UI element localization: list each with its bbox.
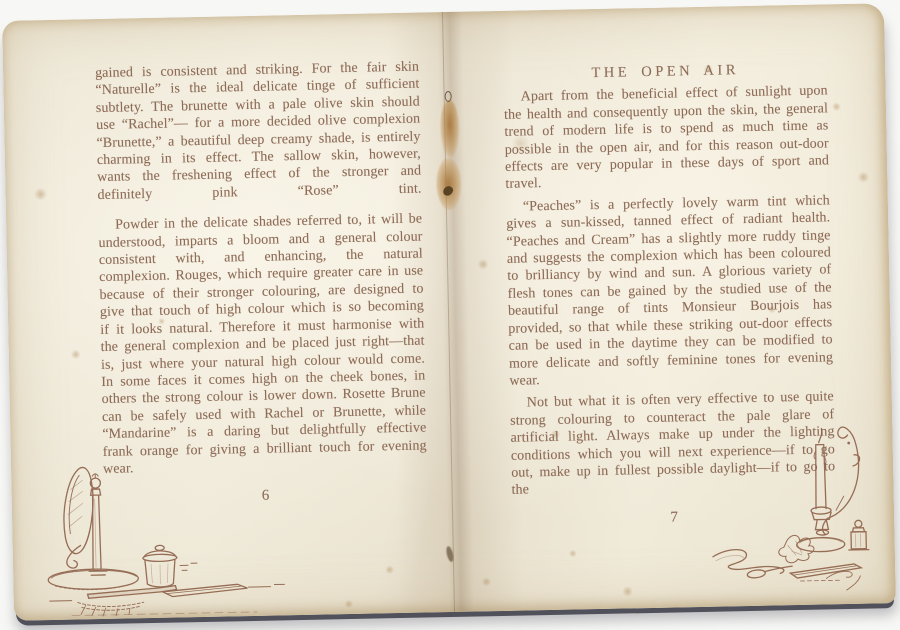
foxing-spot	[33, 188, 47, 200]
body-paragraph: Apart from the beneficial effect of sunl…	[504, 83, 830, 194]
body-paragraph: Powder in the delicate shades referred t…	[98, 211, 427, 479]
foxing-spot	[569, 549, 577, 557]
candlestick-illustration	[705, 413, 879, 601]
foxing-spot	[385, 565, 394, 574]
body-paragraph: gained is consistent and striking. For t…	[95, 59, 422, 205]
body-paragraph: “Peaches” is a perfectly lovely warm tin…	[506, 192, 834, 390]
booklet-spread: gained is consistent and striking. For t…	[2, 3, 896, 621]
foxing-spot	[71, 349, 81, 359]
foxing-spot	[832, 102, 841, 111]
foxing-spot	[344, 600, 354, 608]
dressing-table-illustration	[39, 455, 302, 625]
foxing-spot	[857, 172, 869, 183]
left-page-text-block: gained is consistent and striking. For t…	[95, 59, 428, 509]
foxing-spot	[622, 586, 634, 596]
scanned-booklet-photo: gained is consistent and striking. For t…	[0, 0, 900, 630]
page-heading: THE OPEN AIR	[503, 60, 827, 84]
